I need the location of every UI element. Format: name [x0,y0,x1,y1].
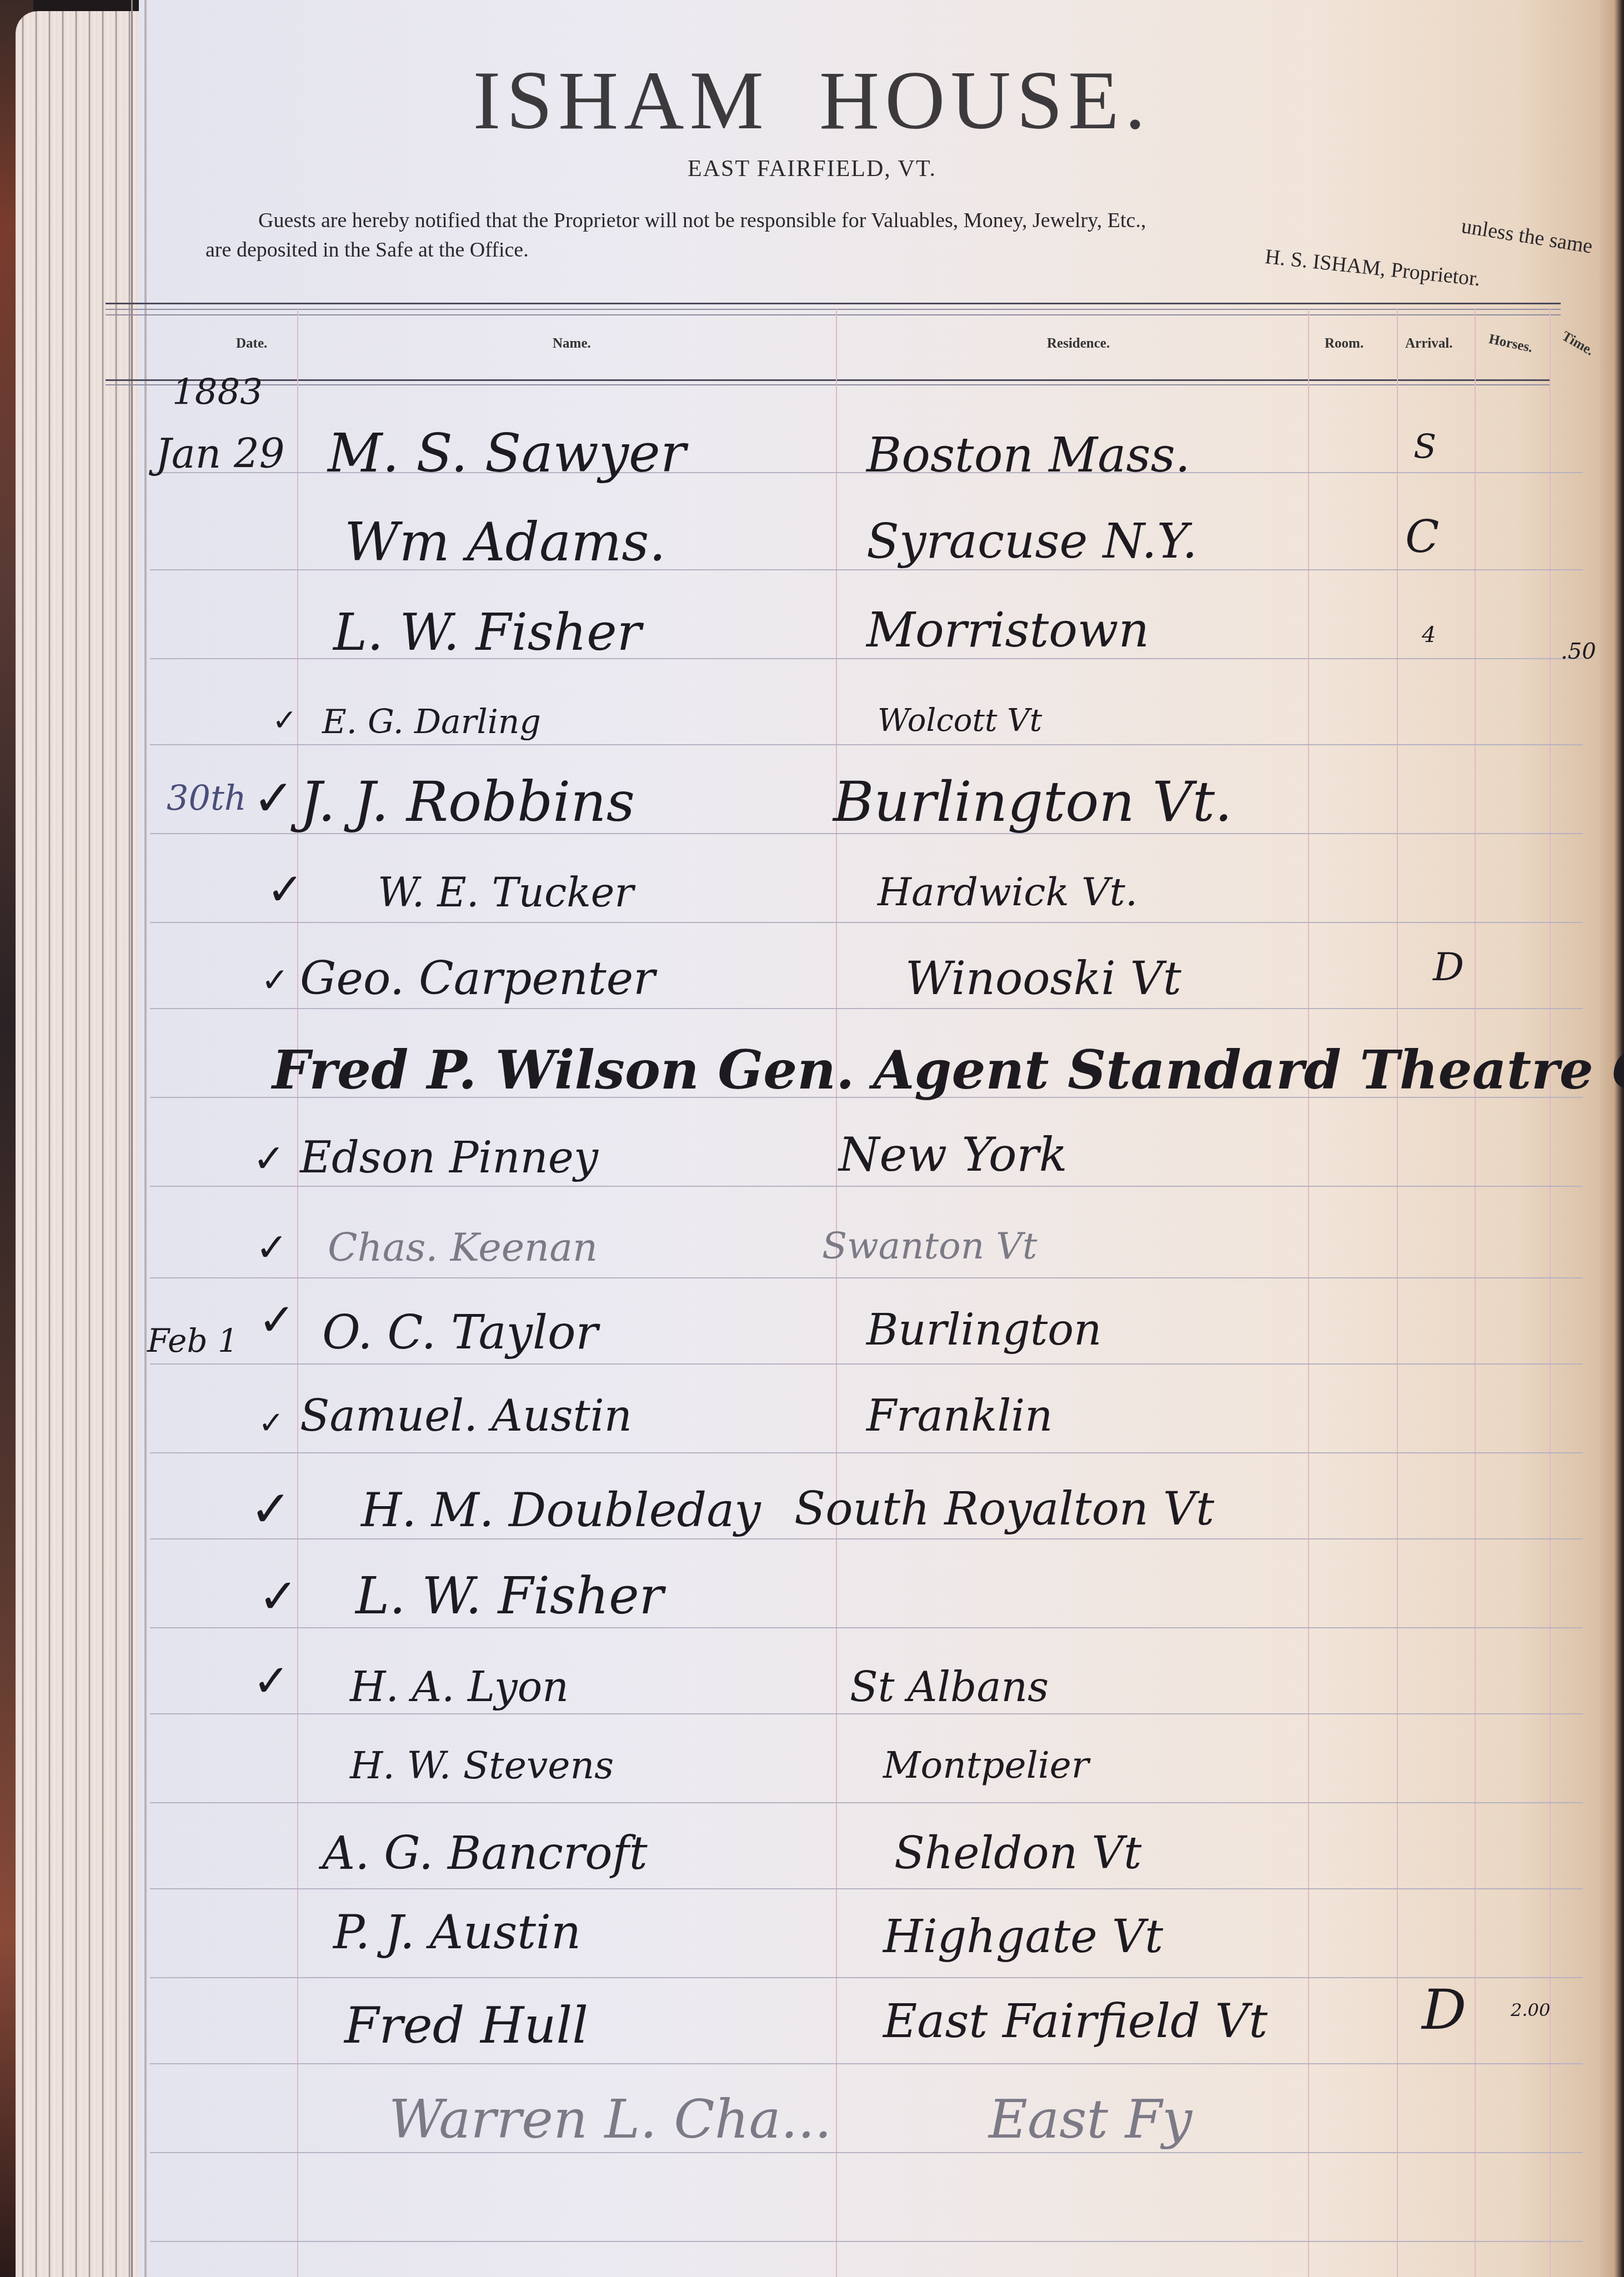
entry-horses: 2.00 [1511,1999,1550,2020]
entry-residence: Wolcott Vt [878,703,1042,739]
header-rule-bottom-2 [106,384,1550,385]
row-rule [150,1008,1583,1009]
entry-name: E. G. Darling [322,703,541,741]
hotel-name-word-1: ISHAM [473,54,769,147]
entry-name: Warren L. Cha... [389,2088,831,2150]
entry-arrival: 4 [1422,622,1436,648]
header-rule-top-2 [106,309,1561,310]
checkmark-icon: ✓ [267,864,304,915]
column-header-residence: Residence. [1047,336,1110,352]
entry-date: 30th [167,778,247,818]
row-rule [150,1888,1583,1889]
entry-residence: Boston Mass. [866,428,1190,483]
entry-residence: Hardwick Vt. [878,869,1137,915]
row-rule [150,1186,1583,1187]
entry-name: H. A. Lyon [350,1663,569,1711]
entry-name: P. J. Austin [333,1905,581,1959]
entry-residence: South Royalton Vt [794,1483,1214,1536]
row-rule [150,1452,1583,1453]
entry-name: Geo. Carpenter [300,952,655,1005]
page-edges [16,11,149,2277]
checkmark-icon: ✓ [258,1569,298,1624]
checkmark-icon: ✓ [272,703,297,738]
hotel-location: EAST FAIRFIELD, VT. [0,156,1624,182]
column-header-name: Name. [553,336,591,352]
entry-date: Feb 1 [147,1322,238,1360]
entry-name: Fred Hull [344,1997,588,2055]
column-header-arrival: Arrival. [1405,336,1452,352]
row-rule [150,922,1583,923]
checkmark-icon: ✓ [253,1136,285,1181]
entry-name: H. M. Doubleday [361,1483,761,1537]
checkmark-icon: ✓ [261,961,289,1000]
entry-residence: Burlington Vt. [833,769,1232,834]
entry-name: A. G. Bancroft [322,1827,648,1880]
checkmark-icon: ✓ [258,1294,295,1346]
entry-name: L. W. Fisher [333,603,641,662]
row-rule [150,1627,1583,1628]
entry-time: .50 [1561,639,1596,664]
row-rule [150,2152,1583,2153]
column-divider-residence [1308,308,1309,2277]
page-margin-line [144,0,147,2277]
entry-residence: East Fairfield Vt [883,1994,1267,2048]
row-rule [150,1277,1583,1278]
column-divider-name [836,308,837,2277]
hotel-name: ISHAMHOUSE. [0,53,1624,148]
page-edge-line [131,0,133,2277]
column-divider-room [1397,308,1398,2277]
hotel-name-word-2: HOUSE. [819,54,1151,147]
entry-residence: Syracuse N.Y. [866,514,1197,569]
row-rule [150,1713,1583,1714]
column-header-room: Room. [1325,336,1364,352]
entry-residence: Swanton Vt [822,1225,1037,1267]
header-rule-bottom [106,379,1550,381]
entry-residence: Burlington [866,1305,1101,1355]
row-rule [150,2241,1583,2242]
row-rule [150,2063,1583,2064]
entry-residence: Highgate Vt [883,1910,1163,1963]
header-rule-top-3 [106,314,1561,315]
register-year: 1883 [172,372,263,413]
notice-line-1: Guests are hereby notified that the Prop… [258,208,1146,233]
column-header-date: Date. [236,336,267,352]
entry-arrival: D [1422,1977,1466,2042]
entry-name: J. J. Robbins [300,769,635,834]
checkmark-icon: ✓ [253,769,294,827]
column-divider-date [297,308,298,2277]
entry-name: Edson Pinney [300,1133,598,1183]
header-rule-top [106,303,1561,304]
entry-name: H. W. Stevens [350,1744,614,1788]
checkmark-icon: ✓ [253,1655,290,1707]
notice-line-2: are deposited in the Safe at the Office. [205,238,529,262]
column-divider-arrival [1475,308,1476,2277]
row-rule [150,1977,1583,1978]
entry-residence: Winooski Vt [905,952,1181,1005]
entry-name: Fred P. Wilson Gen. Agent Standard Theat… [272,1039,1624,1101]
entry-date: Jan 29 [156,430,285,477]
entry-residence: Franklin [866,1391,1053,1441]
entry-residence: New York [839,1127,1067,1182]
entry-name: Chas. Keenan [328,1225,598,1270]
entry-residence: Montpelier [883,1744,1089,1787]
entry-name: Samuel. Austin [300,1391,632,1441]
entry-residence: St Albans [850,1663,1049,1711]
entry-name: L. W. Fisher [355,1566,664,1626]
page-right-edge [1600,0,1624,2277]
entry-arrival: C [1405,511,1439,563]
row-rule [150,1538,1583,1539]
checkmark-icon: ✓ [258,1405,284,1441]
entry-name: O. C. Taylor [322,1305,598,1360]
column-divider-horses [1550,308,1551,2277]
entry-arrival: S [1414,428,1436,467]
entry-residence: Morristown [866,603,1149,658]
row-rule [150,1802,1583,1803]
entry-residence: Sheldon Vt [894,1827,1142,1879]
entry-arrival: D [1433,944,1464,990]
checkmark-icon: ✓ [250,1480,292,1538]
row-rule [150,744,1583,745]
entry-name: W. E. Tucker [378,869,634,916]
row-rule [150,1363,1583,1365]
entry-residence: East Fy [989,2088,1192,2150]
entry-name: Wm Adams. [344,511,666,573]
checkmark-icon: ✓ [255,1225,288,1270]
entry-name: M. S. Sawyer [328,422,686,484]
